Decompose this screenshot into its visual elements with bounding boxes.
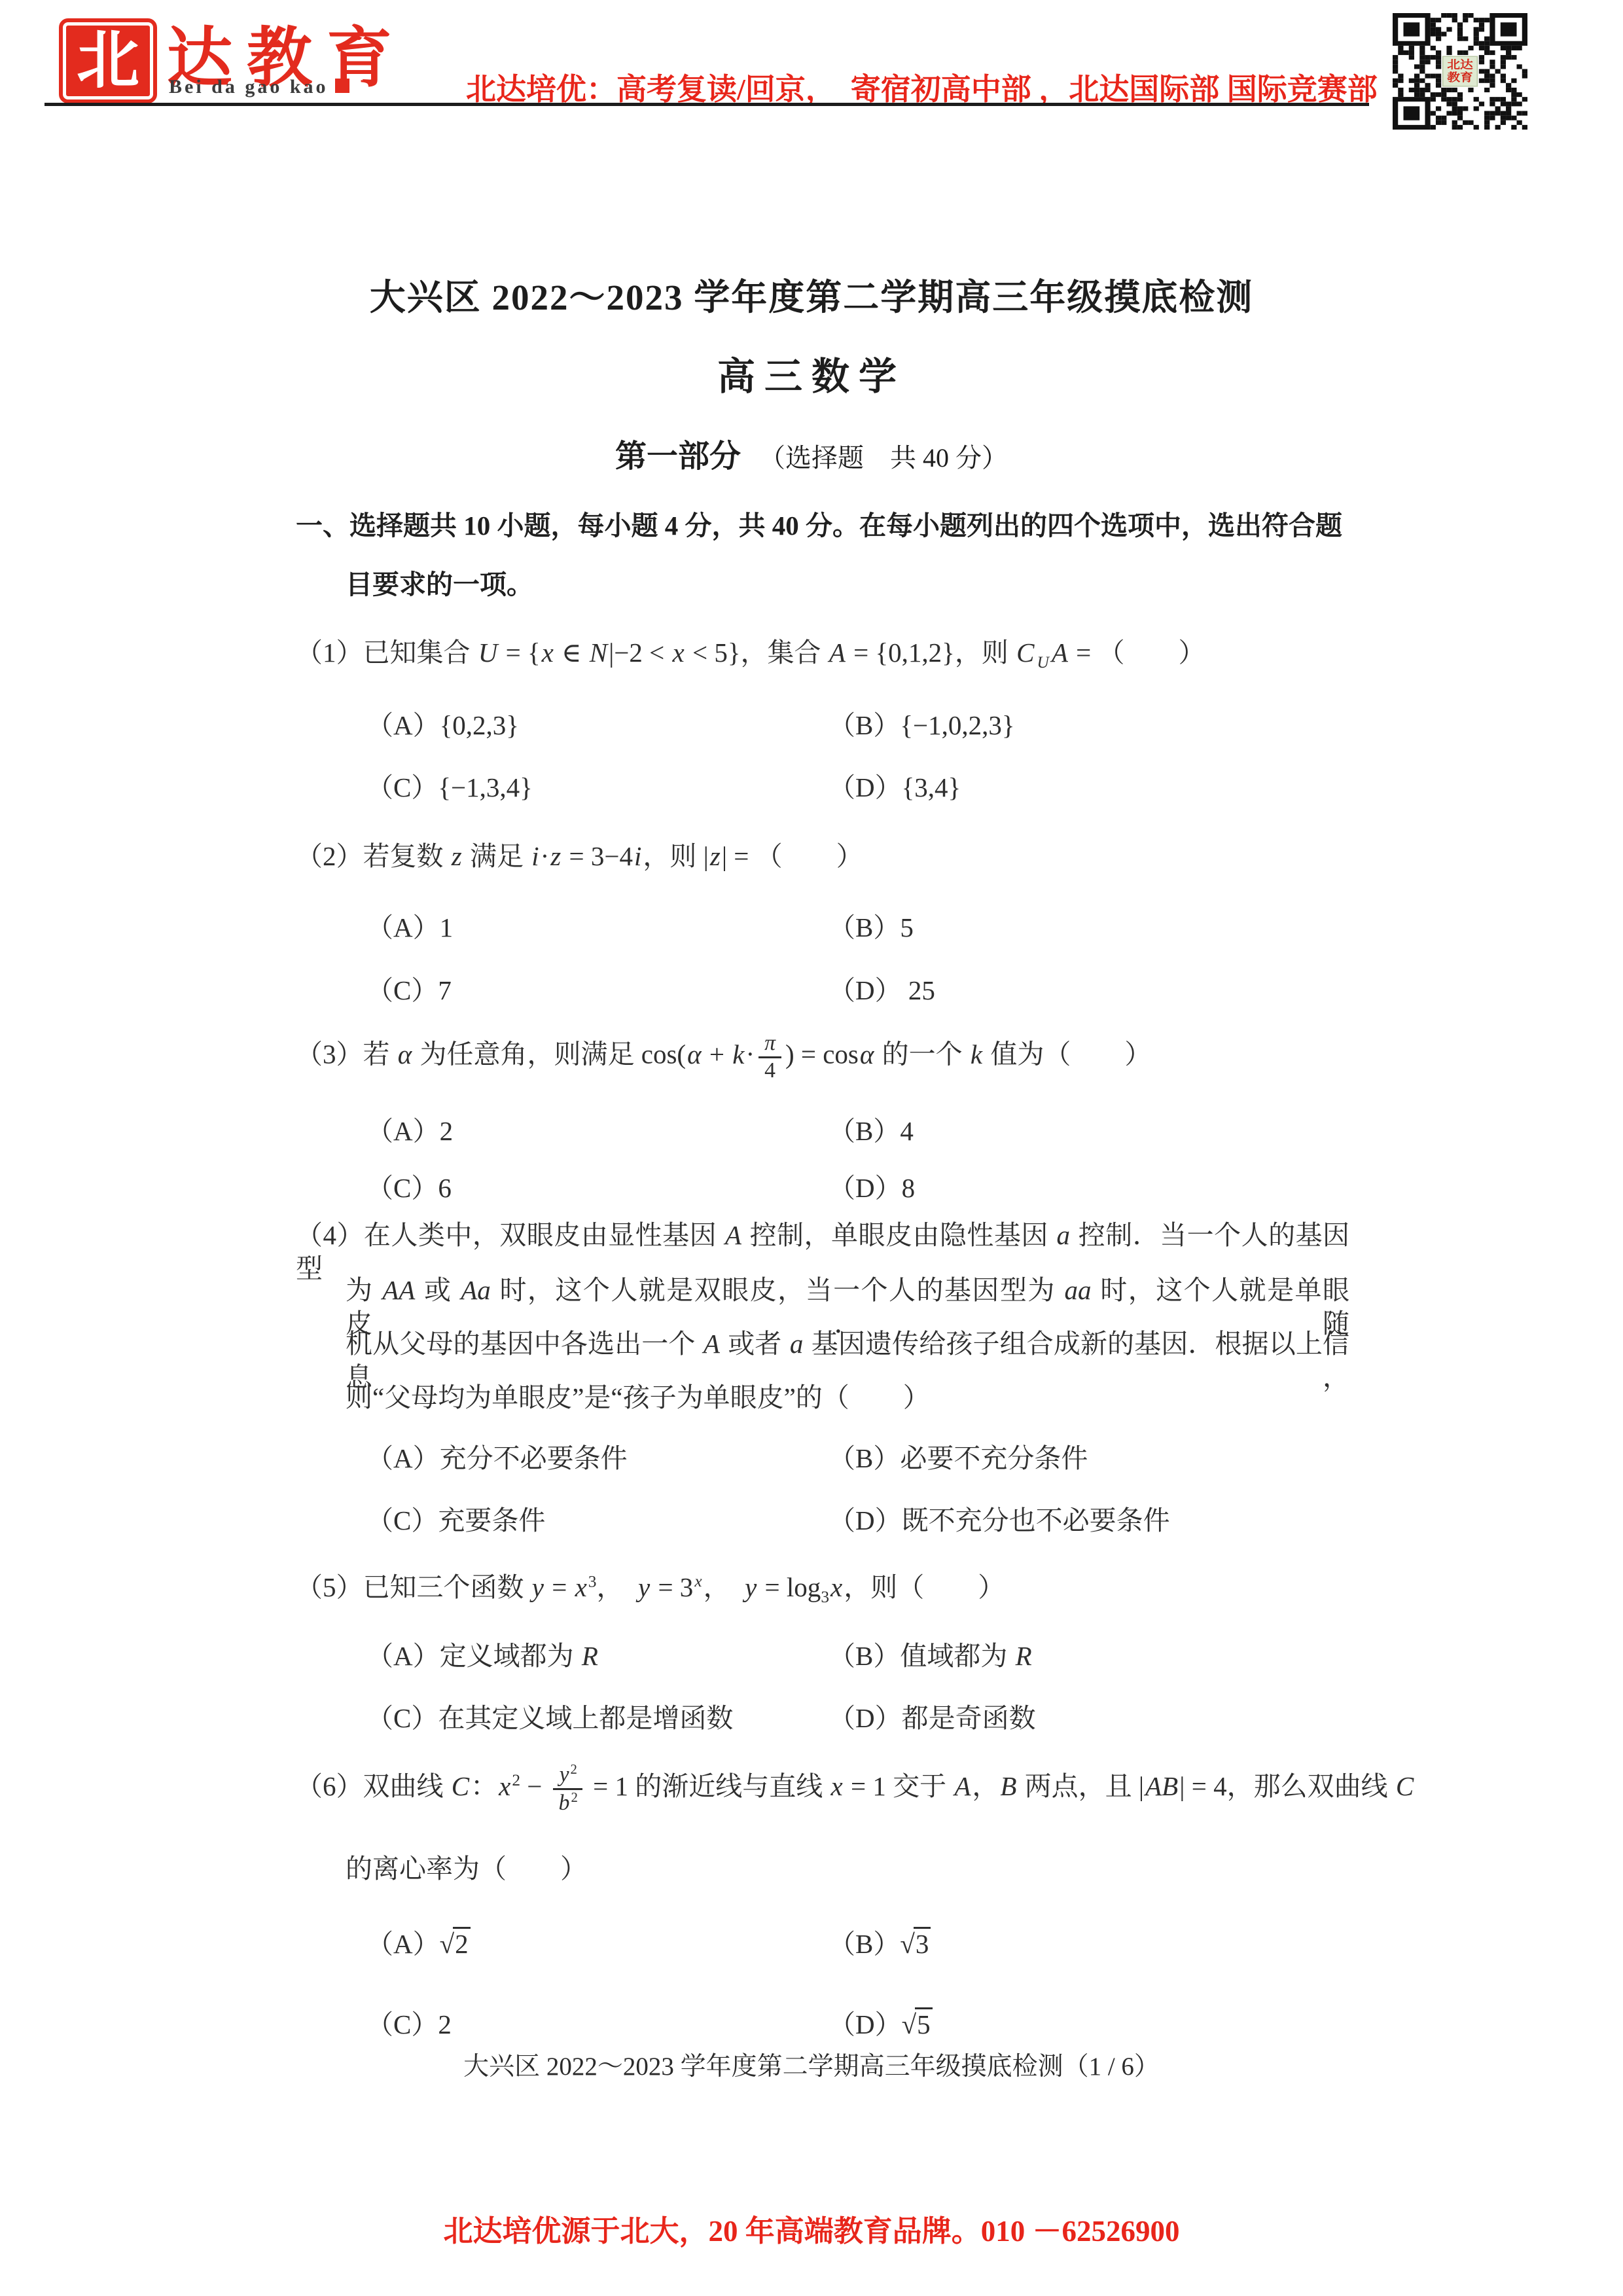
question-6-line2: 的离心率为（ ） (346, 1852, 587, 1886)
option-6-A: （A）√2 (366, 1928, 829, 1961)
option-4-B: （B）必要不充分条件 (829, 1442, 1088, 1475)
option-4-C: （C）充要条件 (366, 1504, 829, 1537)
exam-subject: 高三数学 (0, 346, 1623, 401)
option-1-D: （D）{3,4} (829, 771, 961, 804)
option-3-C: （C）6 (366, 1172, 829, 1205)
option-6-D: （D）√5 (829, 2008, 933, 2041)
option-5-D: （D）都是奇函数 (829, 1702, 1036, 1735)
option-2-A: （A）1 (366, 911, 829, 944)
brand-subtitle: Bei da gao kao (169, 76, 349, 98)
question-2: （2）若复数 z 满足 i·z = 3−4i，则 |z| = （ ） (296, 840, 863, 873)
question-1-options-row2: （C）{−1,3,4}（D）{3,4} (366, 771, 1348, 804)
option-2-C: （C）7 (366, 974, 829, 1007)
option-1-B: （B）{−1,0,2,3} (829, 709, 1015, 742)
promo-footer: 北达培优源于北大，20 年高端教育品牌。010 －62526900 (0, 2207, 1623, 2250)
part-heading: 第一部分（选择题 共 40 分） (0, 431, 1623, 476)
option-3-D: （D）8 (829, 1172, 915, 1205)
question-5: （5）已知三个函数 y = x3， y = 3x， y = log3x，则（ ） (296, 1571, 1005, 1608)
option-6-B: （B）√3 (829, 1928, 931, 1961)
section-instruction-line2: 目要求的一项。 (346, 568, 533, 601)
question-4-line4: 则“父母均为单眼皮”是“孩子为单眼皮”的（ ） (346, 1381, 1349, 1414)
option-4-A: （A）充分不必要条件 (366, 1442, 829, 1475)
question-3: （3）若 α 为任意角，则满足 cos(α + k·π4) = cosα 的一个… (296, 1031, 1151, 1083)
page-footer: 大兴区 2022～2023 学年度第二学期高三年级摸底检测（1 / 6） (0, 2046, 1623, 2083)
question-5-options-row1: （A）定义域都为 R（B）值域都为 R (366, 1640, 1348, 1673)
option-4-D: （D）既不充分也不必要条件 (829, 1504, 1170, 1537)
exam-page: 北 达教育 Bei da gao kao 北达培优：高考复读/回京， 寄宿初高中… (0, 0, 1623, 2296)
question-5-options-row2: （C）在其定义域上都是增函数（D）都是奇函数 (366, 1702, 1348, 1735)
header-divider (45, 103, 1369, 106)
option-3-A: （A）2 (366, 1115, 829, 1148)
question-3-options-row2: （C）6（D）8 (366, 1172, 1348, 1205)
question-4-options-row1: （A）充分不必要条件（B）必要不充分条件 (366, 1442, 1348, 1475)
question-6-line1: （6）双曲线 C：x2 − y2b2 = 1 的渐近线与直线 x = 1 交于 … (296, 1762, 1415, 1816)
question-1: （1）已知集合 U = {x ∈ N|−2 < x < 5}，集合 A = {0… (296, 636, 1205, 673)
question-3-options-row1: （A）2（B）4 (366, 1115, 1348, 1148)
part-title: 第一部分 (615, 439, 741, 474)
qr-sticker-line2: 教育 (1446, 71, 1473, 83)
question-1-options-row1: （A）{0,2,3}（B）{−1,0,2,3} (366, 709, 1348, 742)
question-6-options-row2: （C）2（D）√5 (366, 2008, 1348, 2041)
option-5-B: （B）值域都为 R (829, 1640, 1033, 1673)
question-2-options-row2: （C）7（D） 25 (366, 974, 1348, 1007)
option-2-D: （D） 25 (829, 974, 935, 1007)
qr-code: 北达 教育 (1393, 13, 1527, 130)
section-instruction-line1: 一、选择题共 10 小题，每小题 4 分，共 40 分。在每小题列出的四个选项中… (296, 509, 1351, 543)
option-5-C: （C）在其定义域上都是增函数 (366, 1702, 829, 1735)
brand-seal-logo: 北 (59, 18, 157, 103)
option-1-C: （C）{−1,3,4} (366, 771, 829, 804)
question-4-options-row2: （C）充要条件（D）既不充分也不必要条件 (366, 1504, 1348, 1537)
qr-sticker-line1: 北达 (1447, 58, 1473, 71)
brand-subtitle-text: Bei da gao kao (169, 76, 329, 98)
option-1-A: （A）{0,2,3} (366, 709, 829, 742)
option-2-B: （B）5 (829, 911, 914, 944)
exam-title: 大兴区 2022～2023 学年度第二学期高三年级摸底检测 (0, 268, 1623, 320)
seal-character: 北 (77, 29, 139, 92)
red-square-icon (335, 79, 349, 93)
option-5-A: （A）定义域都为 R (366, 1640, 829, 1673)
option-3-B: （B）4 (829, 1115, 914, 1148)
option-6-C: （C）2 (366, 2008, 829, 2041)
question-2-options-row1: （A）1（B）5 (366, 911, 1348, 944)
part-note: （选择题 共 40 分） (759, 443, 1008, 473)
question-6-options-row1: （A）√2（B）√3 (366, 1928, 1348, 1961)
